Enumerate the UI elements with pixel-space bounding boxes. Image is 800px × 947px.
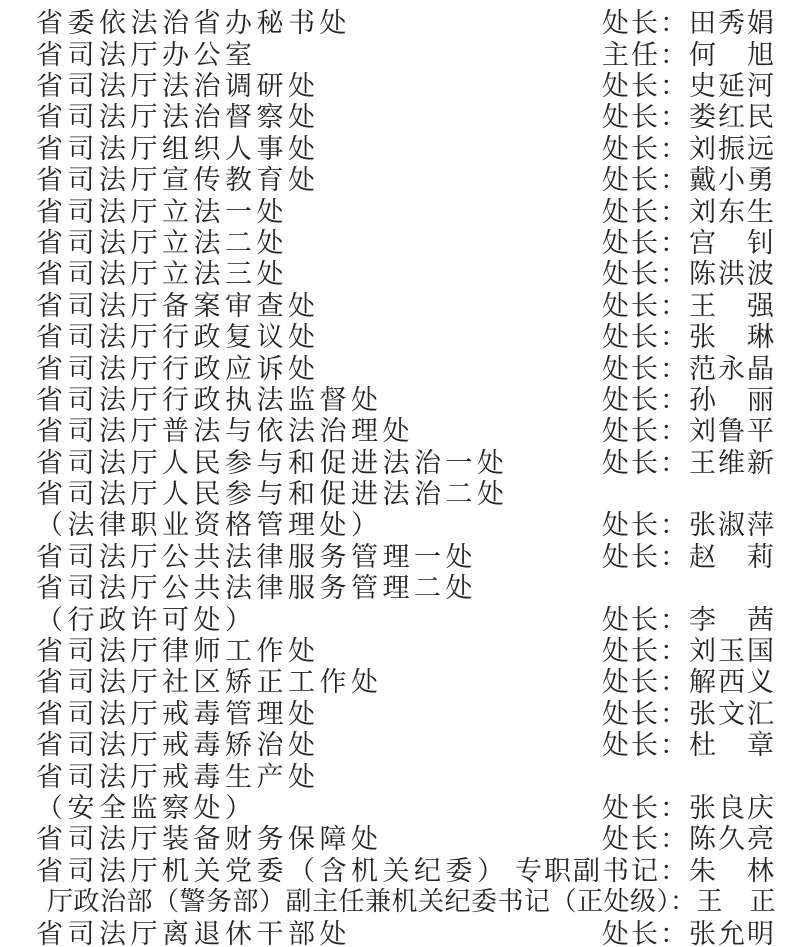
position-title: 处长：	[602, 441, 689, 480]
position-title: 处长：	[602, 535, 689, 574]
person-name: 张允明	[689, 912, 776, 947]
officer-group: 处长： 杜 章	[602, 723, 776, 762]
person-name: 王维新	[689, 441, 776, 480]
officer-group: 处长： 王维新	[602, 441, 776, 480]
officer-group: 处长： 张允明	[602, 912, 776, 947]
position-title: 处长：	[602, 723, 689, 762]
officer-group: 处长： 赵 莉	[602, 535, 776, 574]
table-row: 省司法厅离退休干部处 处长： 张允明	[36, 915, 776, 946]
person-name: 杜 章	[689, 723, 776, 762]
position-title: 处长：	[602, 912, 689, 947]
table-row: 省司法厅机关党委（含机关纪委） 专职副书记： 朱 林	[36, 853, 776, 884]
person-name: 赵 莉	[689, 535, 776, 574]
document-page: 省委依法治省办秘书处 处长： 田秀娟 省司法厅办公室 主任： 何 旭 省司法厅法…	[0, 0, 800, 947]
department-name: 省司法厅离退休干部处	[36, 912, 351, 947]
